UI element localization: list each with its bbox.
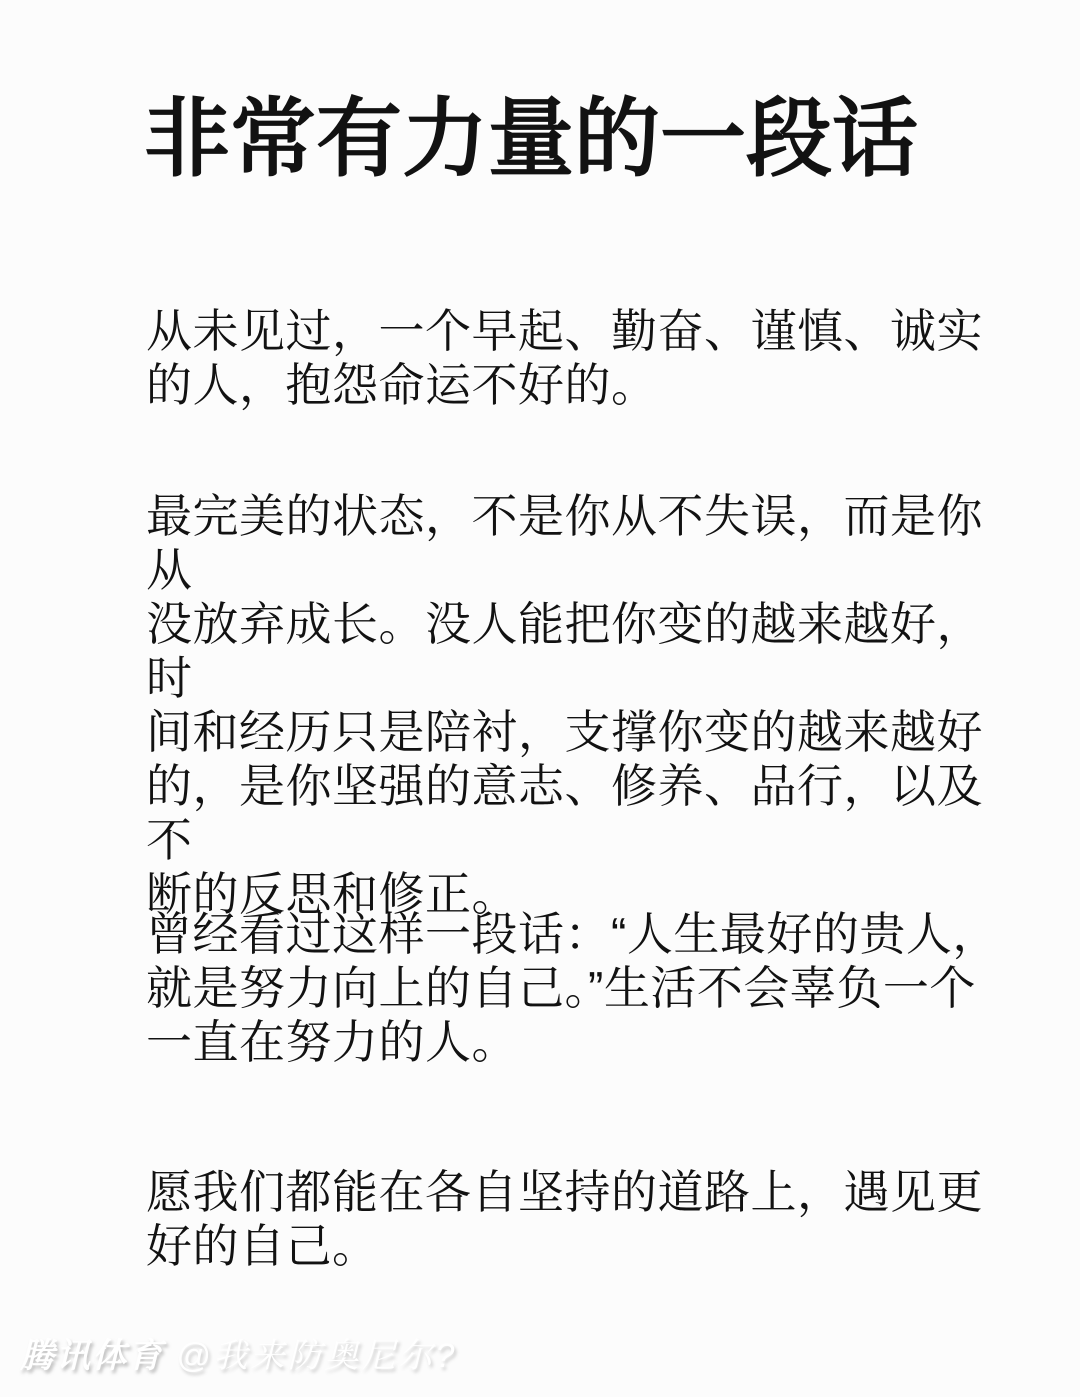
- watermark-brand: 腾讯体育: [20, 1337, 164, 1375]
- text-poster-page: 非常有力量的一段话 从未见过，一个早起、勤奋、谨慎、诚实 的人，抱怨命运不好的。…: [0, 0, 1080, 1397]
- paragraph-never-seen: 从未见过，一个早起、勤奋、谨慎、诚实 的人，抱怨命运不好的。: [146, 304, 1006, 412]
- paragraph-best-benefactor: 曾经看过这样一段话：“人生最好的贵人， 就是努力向上的自己。”生活不会辜负一个 …: [146, 907, 1006, 1069]
- watermark-handle: @我来防奥尼尔?: [176, 1337, 457, 1375]
- page-title: 非常有力量的一段话: [144, 96, 918, 182]
- paragraph-wish: 愿我们都能在各自坚持的道路上，遇见更 好的自己。: [146, 1165, 1006, 1273]
- paragraph-perfect-state: 最完美的状态，不是你从不失误，而是你从 没放弃成长。没人能把你变的越来越好，时 …: [146, 489, 1006, 921]
- watermark: 腾讯体育@我来防奥尼尔?: [20, 1334, 457, 1378]
